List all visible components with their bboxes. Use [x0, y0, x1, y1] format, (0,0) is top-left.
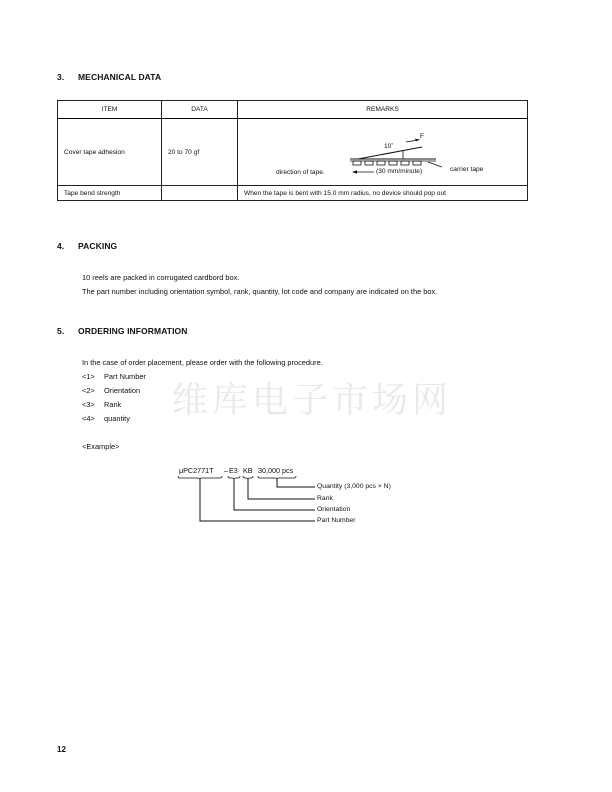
table-header-row: ITEM DATA REMARKS	[58, 101, 528, 119]
table-row: Cover tape adhesion 20 to 70 gf	[58, 119, 528, 186]
ordering-example-diagram: μPC2771T – E3 KB 30,000 pcs Quantity (3,…	[170, 462, 430, 534]
section-number: 3.	[57, 72, 64, 82]
example-orientation: E3	[229, 466, 238, 475]
ordering-step: <4>quantity	[82, 414, 130, 423]
section-title: MECHANICAL DATA	[78, 72, 161, 82]
step-label: Rank	[104, 400, 121, 409]
example-part-number: μPC2771T	[179, 466, 214, 475]
packing-line-1: 10 reels are packed in corrugated cardbo…	[82, 273, 239, 282]
example-separator: –	[224, 466, 228, 475]
direction-label: direction of tape.	[276, 169, 325, 176]
section-number: 5.	[57, 326, 64, 336]
step-label: quantity	[104, 414, 130, 423]
column-header-remarks: REMARKS	[238, 101, 528, 119]
column-header-data: DATA	[162, 101, 238, 119]
speed-label: (30 mm/minute)	[376, 168, 422, 175]
column-header-item: ITEM	[58, 101, 162, 119]
peel-test-diagram: 10˚ F (30 mm/minute) direction of tape. …	[238, 119, 527, 185]
watermark: 维库电子市场网	[172, 372, 452, 423]
cell-remarks: When the tape is bent with 15.0 mm radiu…	[238, 186, 528, 201]
step-label: Orientation	[104, 386, 140, 395]
force-label: F	[420, 133, 424, 140]
carrier-tape-label: carrier tape	[450, 166, 483, 173]
callout-rank: Rank	[317, 495, 333, 502]
section-title: ORDERING INFORMATION	[78, 326, 188, 336]
ordering-step: <3>Rank	[82, 400, 121, 409]
cell-data	[162, 186, 238, 201]
ordering-intro: In the case of order placement, please o…	[82, 358, 323, 367]
section-5-heading: 5. ORDERING INFORMATION	[57, 326, 357, 338]
section-4-heading: 4. PACKING	[57, 241, 357, 253]
cell-data: 20 to 70 gf	[162, 119, 238, 186]
mechanical-data-table: ITEM DATA REMARKS Cover tape adhesion 20…	[57, 100, 528, 201]
callout-quantity: Quantity (3,000 pcs × N)	[317, 483, 391, 490]
step-tag: <3>	[82, 400, 104, 409]
step-label: Part Number	[104, 372, 146, 381]
example-rank: KB	[243, 466, 253, 475]
page-number: 12	[57, 745, 66, 754]
section-number: 4.	[57, 241, 64, 251]
cell-item: Cover tape adhesion	[58, 119, 162, 186]
table-row: Tape bend strength When the tape is bent…	[58, 186, 528, 201]
cell-remarks-diagram: 10˚ F (30 mm/minute) direction of tape. …	[238, 119, 528, 186]
example-quantity: 30,000 pcs	[258, 466, 293, 475]
section-title: PACKING	[78, 241, 117, 251]
step-tag: <4>	[82, 414, 104, 423]
packing-line-2: The part number including orientation sy…	[82, 287, 437, 296]
section-3-heading: 3. MECHANICAL DATA	[57, 72, 357, 84]
step-tag: <2>	[82, 386, 104, 395]
example-label: <Example>	[82, 442, 119, 451]
ordering-step: <1>Part Number	[82, 372, 146, 381]
step-tag: <1>	[82, 372, 104, 381]
callout-orientation: Orientation	[317, 506, 350, 513]
cell-item: Tape bend strength	[58, 186, 162, 201]
callout-part-number: Part Number	[317, 517, 356, 524]
ordering-step: <2>Orientation	[82, 386, 140, 395]
angle-label: 10˚	[384, 143, 394, 150]
